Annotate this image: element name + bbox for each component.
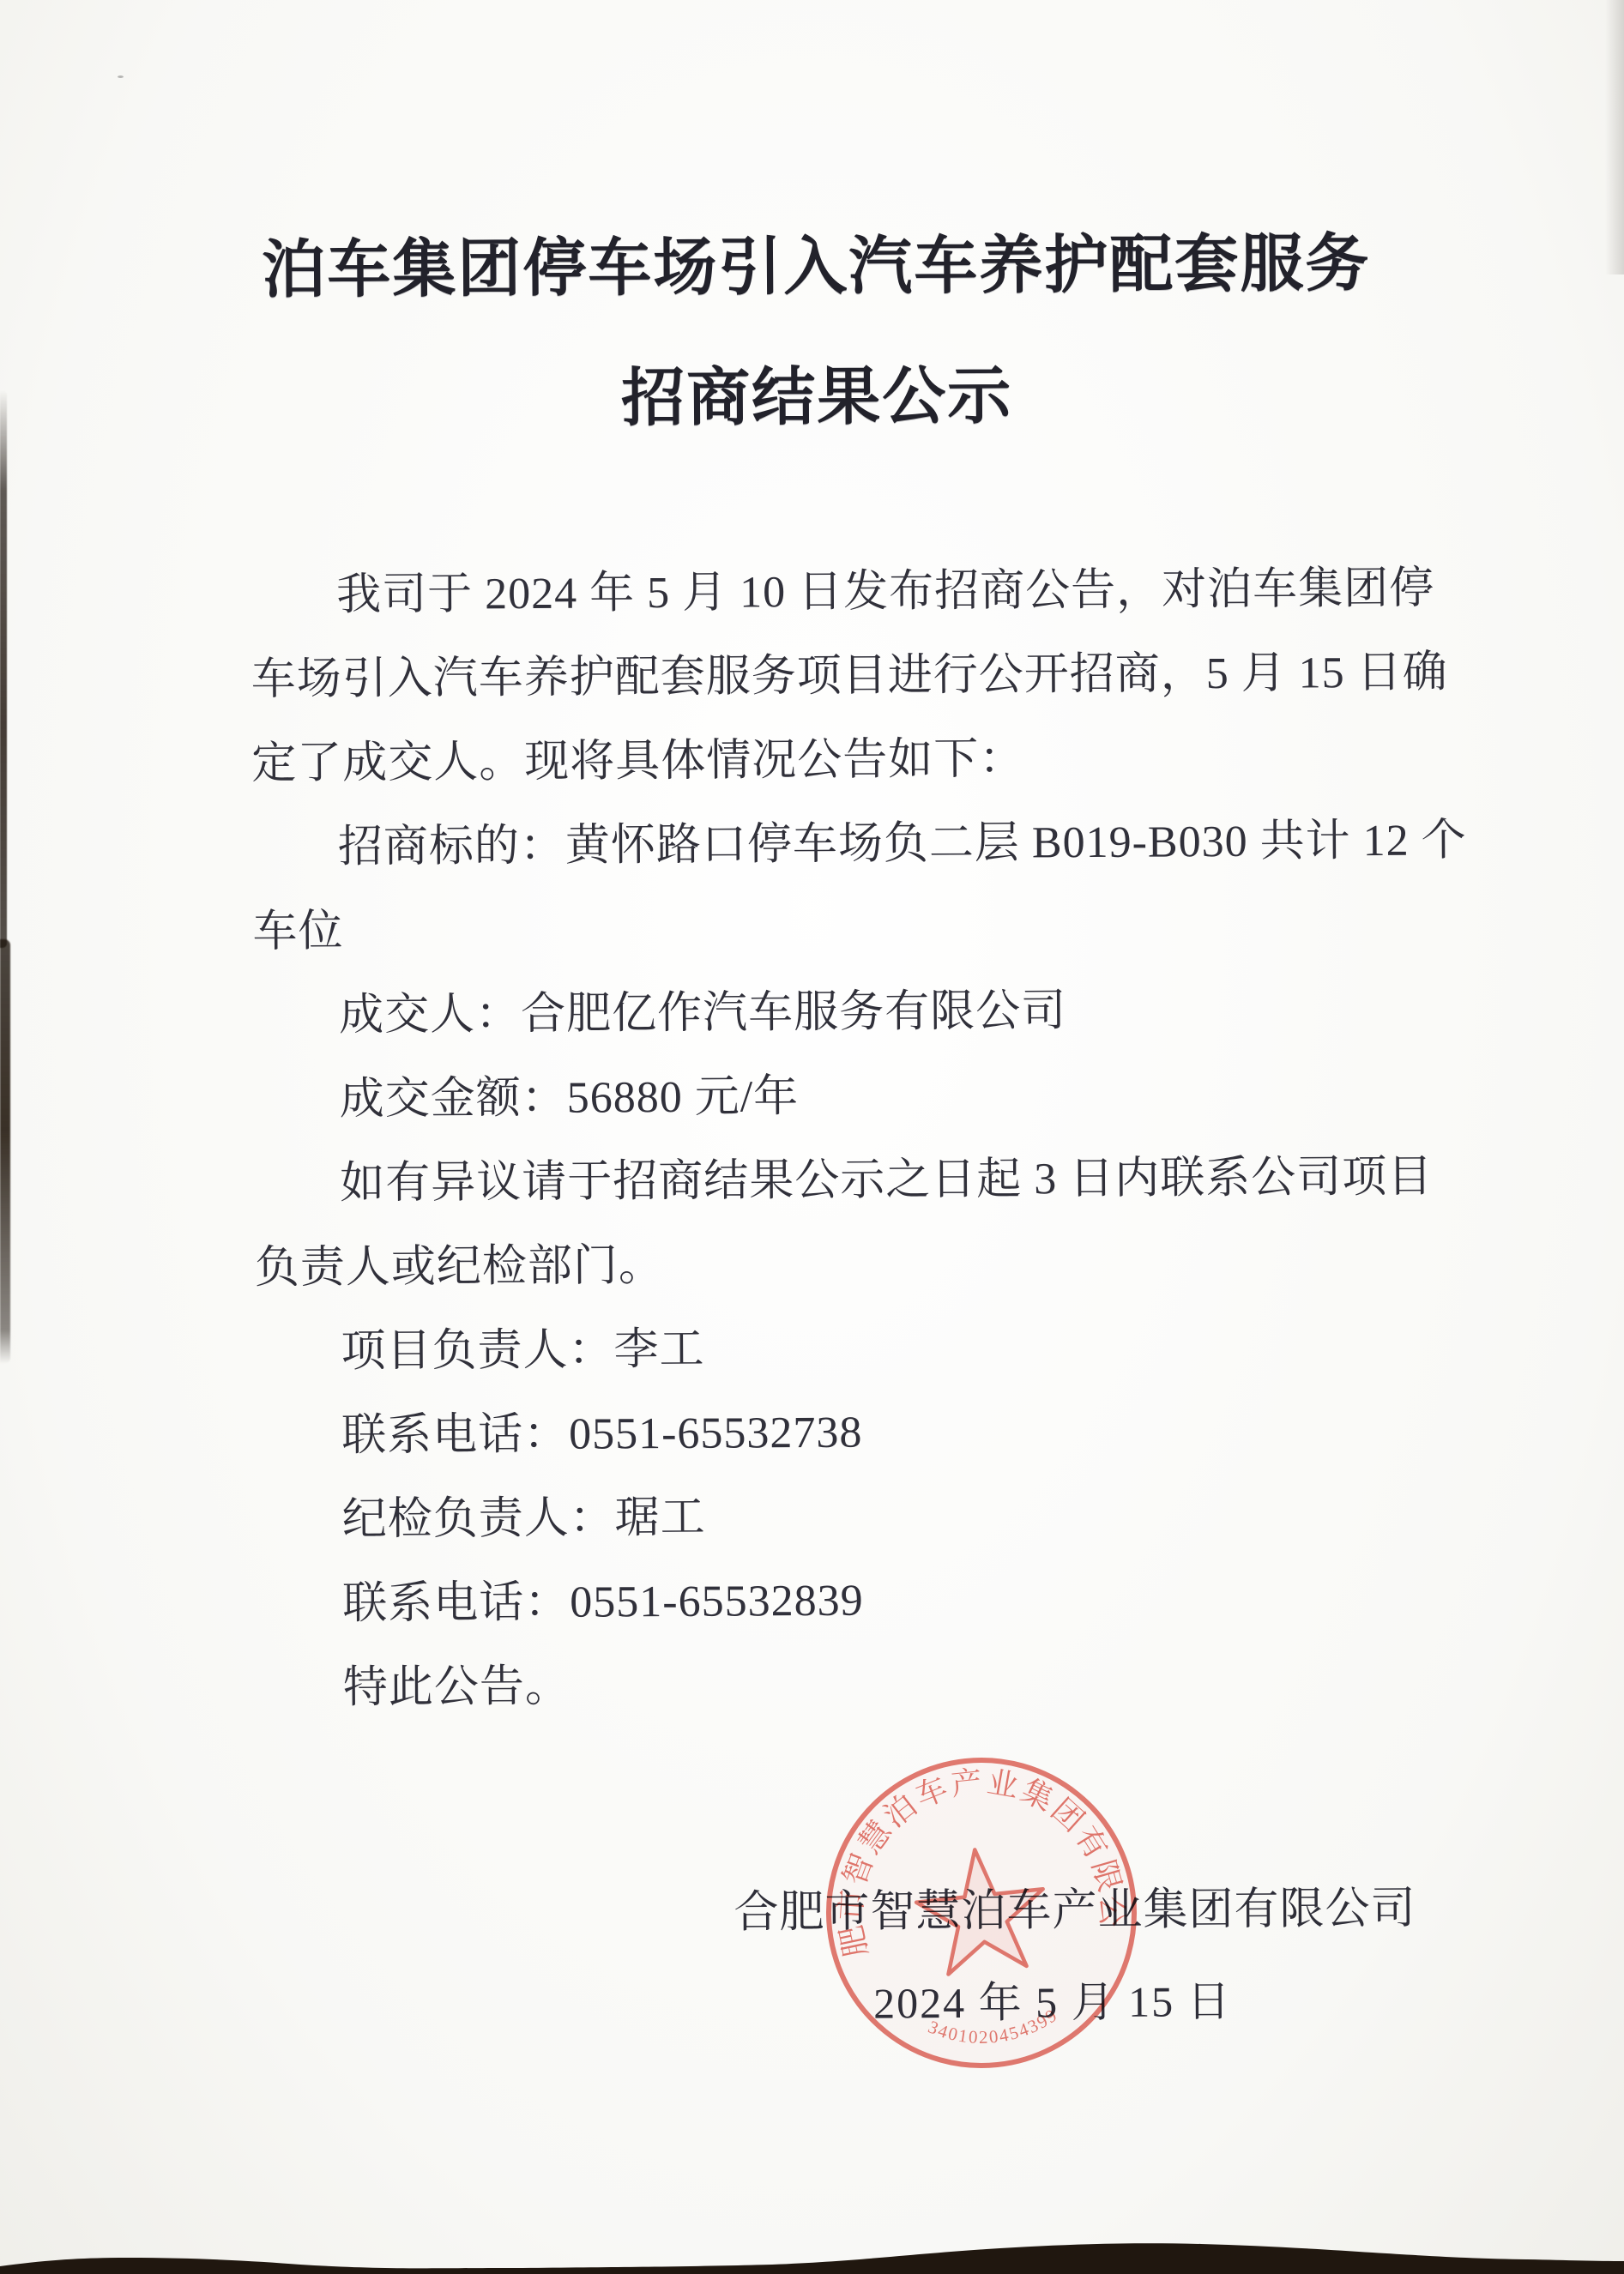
body-line: 定了成交人。现将具体情况公告如下： bbox=[251, 715, 1376, 806]
scan-artifact-left-edge bbox=[0, 390, 7, 948]
document-content: 泊车集团停车场引入汽车养护配套服务 招商结果公示 我司于 2024 年 5 月 … bbox=[0, 0, 1624, 2274]
body-line: 我司于 2024 年 5 月 10 日发布招商公告，对泊车集团停 bbox=[251, 547, 1375, 638]
scan-artifact-bottom-edge bbox=[0, 2230, 1624, 2274]
scan-artifact-left-edge bbox=[0, 939, 10, 1364]
body-line: 招商标的：黄怀路口停车场负二层 B019-B030 共计 12 个 bbox=[252, 799, 1377, 890]
body-line: 车场引入汽车养护配套服务项目进行公开招商，5 月 15 日确 bbox=[251, 631, 1375, 722]
official-seal-stamp: 合肥市智慧泊车产业集团有限公司 3401020454399 bbox=[800, 1732, 1162, 2094]
document-body: 我司于 2024 年 5 月 10 日发布招商公告，对泊车集团停 车场引入汽车养… bbox=[251, 547, 1381, 1731]
scanned-document-page: 泊车集团停车场引入汽车养护配套服务 招商结果公示 我司于 2024 年 5 月 … bbox=[0, 0, 1624, 2274]
body-line: 成交人：合肥亿作汽车服务有限公司 bbox=[253, 968, 1378, 1059]
body-line: 项目负责人：李工 bbox=[255, 1304, 1379, 1395]
document-title-line-2: 招商结果公示 bbox=[0, 341, 1620, 443]
body-line: 负责人或纪检部门。 bbox=[255, 1220, 1379, 1311]
scan-artifact-speck bbox=[118, 75, 124, 78]
body-line: 特此公告。 bbox=[257, 1640, 1382, 1731]
document-title-line-1: 泊车集团停车场引入汽车养护配套服务 bbox=[0, 211, 1619, 312]
body-line: 如有异议请于招商结果公示之日起 3 日内联系公司项目 bbox=[254, 1136, 1379, 1227]
body-line: 成交金额：56880 元/年 bbox=[253, 1052, 1378, 1143]
body-line: 纪检负责人：琚工 bbox=[256, 1472, 1380, 1563]
body-line: 联系电话：0551-65532738 bbox=[256, 1388, 1380, 1479]
scan-artifact-right-shade bbox=[1605, 0, 1624, 274]
body-line: 联系电话：0551-65532839 bbox=[257, 1556, 1381, 1647]
body-line: 车位 bbox=[252, 884, 1377, 974]
